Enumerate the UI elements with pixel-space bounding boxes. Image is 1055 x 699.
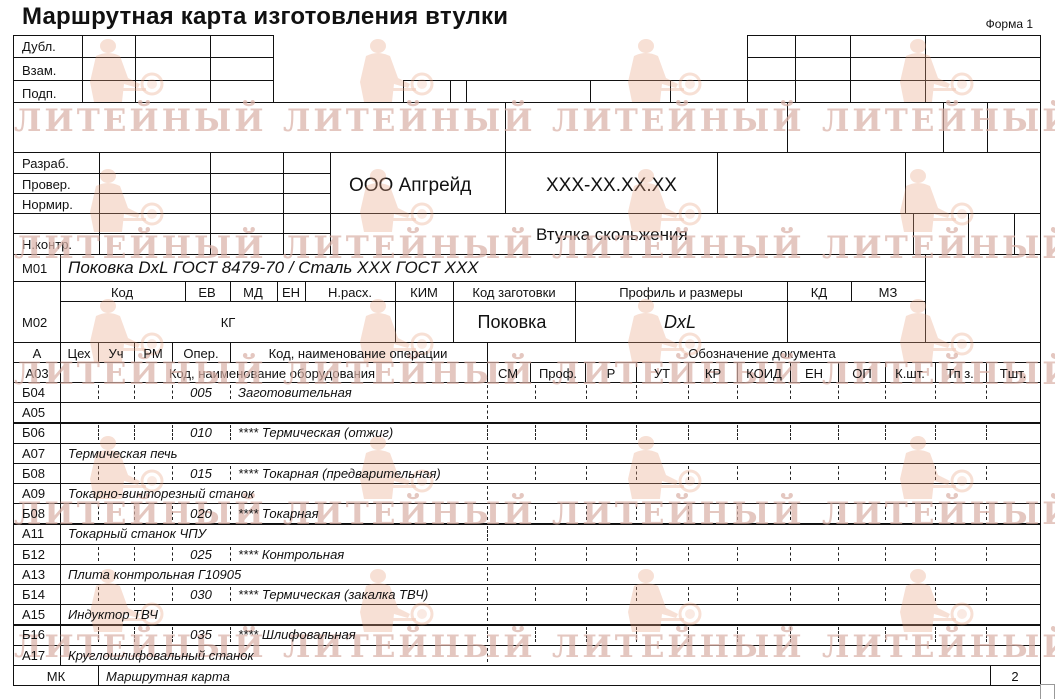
equipment-column-header: Тп з. (946, 367, 974, 380)
operation-name: **** Токарная (238, 507, 319, 520)
operation-number: 020 (190, 507, 212, 520)
row-code: А17 (22, 649, 45, 662)
operation-name: Заготовительная (238, 386, 352, 399)
footer-label: Маршрутная карта (106, 670, 230, 683)
operation-column-header: Опер. (183, 347, 218, 360)
row-code: А13 (22, 568, 45, 581)
company-name: ООО Апгрейд (349, 176, 471, 195)
watermark-text: ЛИТЕЙНЫЙ (283, 103, 536, 139)
material-column-header: ЕВ (198, 286, 215, 299)
material-column-header: Код заготовки (472, 286, 555, 299)
equipment-column-header: КОИД (746, 367, 782, 380)
top-row-label: Дубл. (22, 40, 56, 53)
row-code: Б12 (22, 548, 45, 561)
signature-row-label: Нормир. (22, 198, 73, 211)
operation-number: 015 (190, 467, 212, 480)
watermark-text: ЛИТЕЙНЫЙ (822, 103, 1055, 139)
row-code: А15 (22, 608, 45, 621)
material-column-header: Н.расх. (328, 286, 372, 299)
equipment-column-header: ОП (852, 367, 871, 380)
foundry-worker-icon (892, 298, 982, 368)
top-row-label: Взам. (22, 64, 56, 77)
row-code: Б04 (22, 386, 45, 399)
profile-value: DxL (664, 313, 696, 331)
equipment-header-label: Код, наименование оборудования (169, 367, 375, 380)
footer-code: МК (47, 670, 65, 683)
material-column-header: Код (111, 286, 133, 299)
operation-number: 025 (190, 548, 212, 561)
row-code: Б06 (22, 426, 45, 439)
row-code: А (33, 347, 42, 360)
operation-number: 030 (190, 588, 212, 601)
row-code: А11 (22, 527, 44, 540)
watermark-text: ЛИТЕЙНЫЙ (552, 103, 805, 139)
foundry-worker-icon (620, 568, 710, 638)
foundry-worker-icon (620, 38, 710, 108)
foundry-worker-icon (352, 38, 442, 108)
foundry-worker-icon (892, 568, 982, 638)
operation-column-header: РМ (143, 347, 162, 360)
equipment-column-header: СМ (498, 367, 518, 380)
resize-corner (1040, 684, 1055, 699)
watermark-text: ЛИТЕЙНЫЙ (822, 230, 1055, 266)
foundry-worker-icon (620, 435, 710, 505)
row-code: Б16 (22, 628, 45, 641)
form-label: Форма 1 (986, 17, 1033, 31)
operation-number: 005 (190, 386, 212, 399)
watermark-text: ЛИТЕЙНЫЙ (822, 496, 1055, 532)
equipment-name: Токарный станок ЧПУ (68, 527, 206, 540)
document-designation-label: Обозначение документа (688, 347, 835, 360)
equipment-column-header: Проф. (539, 367, 577, 380)
row-code: Б08 (22, 467, 45, 480)
equipment-name: Токарно-винторезный станок (68, 487, 254, 500)
equipment-name: Плита контрольная Г10905 (68, 568, 241, 581)
operation-column-header: Код, наименование операции (269, 347, 448, 360)
part-name: Втулка скольжения (536, 226, 688, 243)
material-column-header: КД (811, 286, 827, 299)
operation-column-header: Уч (108, 347, 123, 360)
blank-code-value: Поковка (478, 313, 547, 331)
row-code: М02 (22, 316, 47, 329)
row-code: А05 (22, 406, 45, 419)
row-code: Б14 (22, 588, 45, 601)
row-code: А03 (25, 367, 48, 380)
watermark-text: ЛИТЕЙНЫЙ (822, 629, 1055, 665)
equipment-name: Индуктор ТВЧ (68, 608, 158, 621)
watermark-text: ЛИТЕЙНЫЙ (283, 496, 536, 532)
operation-name: **** Шлифовальная (238, 628, 356, 641)
operation-name: **** Термическая (закалка ТВЧ) (238, 588, 428, 601)
watermark-text: ЛИТЕЙНЫЙ (552, 496, 805, 532)
material-column-header: МД (243, 286, 263, 299)
equipment-column-header: Тшт. (1000, 367, 1027, 380)
equipment-column-header: К.шт. (895, 367, 925, 380)
material-column-header: КИМ (410, 286, 438, 299)
signature-row-label: Провер. (22, 178, 71, 191)
operation-number: 010 (190, 426, 212, 439)
equipment-column-header: ЕН (805, 367, 823, 380)
equipment-column-header: КР (705, 367, 721, 380)
foundry-worker-icon (82, 38, 172, 108)
equipment-name: Термическая печь (68, 447, 177, 460)
row-code: М01 (22, 262, 47, 275)
page-title: Маршрутная карта изготовления втулки (22, 3, 508, 31)
watermark-text: ЛИТЕЙНЫЙ (552, 629, 805, 665)
signature-row-label: Разраб. (22, 157, 69, 170)
foundry-worker-icon (82, 168, 172, 238)
unit-value: КГ (221, 316, 236, 329)
page-number: 2 (1011, 670, 1018, 683)
foundry-worker-icon (892, 38, 982, 108)
material-column-header: МЗ (879, 286, 898, 299)
equipment-column-header: Р (607, 367, 616, 380)
signature-row-label: Н.контр. (22, 238, 72, 251)
row-code: Б08 (22, 507, 45, 520)
material-column-header: ЕН (282, 286, 300, 299)
document-code: ХХХ-ХХ.ХХ.ХХ (546, 176, 677, 195)
row-code: А07 (22, 447, 45, 460)
operation-column-header: Цех (67, 347, 90, 360)
operation-name: **** Контрольная (238, 548, 344, 561)
equipment-name: Круглошлифовальный станок (68, 649, 254, 662)
top-row-label: Подп. (22, 87, 57, 100)
material-spec: Поковка DxL ГОСТ 8479-70 / Сталь ХХХ ГОС… (68, 259, 479, 276)
operation-name: **** Токарная (предварительная) (238, 467, 441, 480)
watermark-text: ЛИТЕЙНЫЙ (14, 103, 267, 139)
operation-name: **** Термическая (отжиг) (238, 426, 393, 439)
equipment-column-header: УТ (654, 367, 670, 380)
foundry-worker-icon (352, 568, 442, 638)
operation-number: 035 (190, 628, 212, 641)
foundry-worker-icon (892, 435, 982, 505)
row-code: А09 (22, 487, 45, 500)
material-column-header: Профиль и размеры (619, 286, 743, 299)
